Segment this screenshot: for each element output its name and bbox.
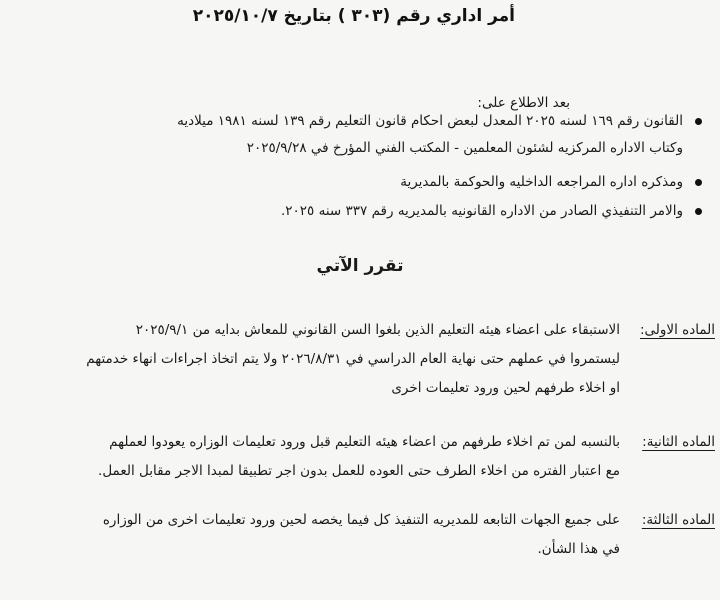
article-label: الماده الاولى: — [640, 322, 715, 338]
reference-text: القانون رقم ١٦٩ لسنه ٢٠٢٥ المعدل لبعض اح… — [177, 113, 683, 129]
reference-text-continued: وكتاب الاداره المركزيه لشئون المعلمين - … — [247, 140, 683, 156]
reference-item: والامر التنفيذي الصادر من الاداره القانو… — [281, 203, 702, 219]
reference-text: ومذكره اداره المراجعه الداخليه والحوكمة … — [400, 174, 683, 190]
reference-text: والامر التنفيذي الصادر من الاداره القانو… — [281, 203, 683, 219]
document-title: أمر اداري رقم (٣٠٣ ) بتاريخ ٢٠٢٥/١٠/٧ — [193, 6, 515, 26]
article-text: في هذا الشأن. — [538, 541, 620, 557]
bullet-icon — [695, 118, 702, 125]
reference-item: القانون رقم ١٦٩ لسنه ٢٠٢٥ المعدل لبعض اح… — [177, 113, 702, 129]
decision-heading: تقرر الآتي — [0, 256, 720, 276]
article-label: الماده الثالثة: — [642, 512, 715, 528]
article-text: او اخلاء طرفهم لحين ورود تعليمات اخرى — [391, 380, 620, 396]
bullet-icon — [695, 179, 702, 186]
article-text: ليستمروا في عملهم حتى نهاية العام الدراس… — [86, 351, 620, 367]
article-text: على جميع الجهات التابعه للمديريه التنفيذ… — [103, 512, 620, 528]
article-text: الاستبقاء على اعضاء هيئه التعليم الذين ب… — [136, 322, 620, 338]
bullet-icon — [695, 208, 702, 215]
article-text: بالنسبه لمن تم اخلاء طرفهم من اعضاء هيئه… — [109, 434, 620, 450]
article-text: مع اعتبار الفتره من اخلاء الطرف حتى العو… — [98, 463, 620, 479]
scanned-document-page: أمر اداري رقم (٣٠٣ ) بتاريخ ٢٠٢٥/١٠/٧ بع… — [0, 0, 720, 600]
reference-item: ومذكره اداره المراجعه الداخليه والحوكمة … — [400, 174, 702, 190]
article-label: الماده الثانية: — [642, 434, 715, 450]
preamble-text: بعد الاطلاع على: — [477, 95, 570, 111]
